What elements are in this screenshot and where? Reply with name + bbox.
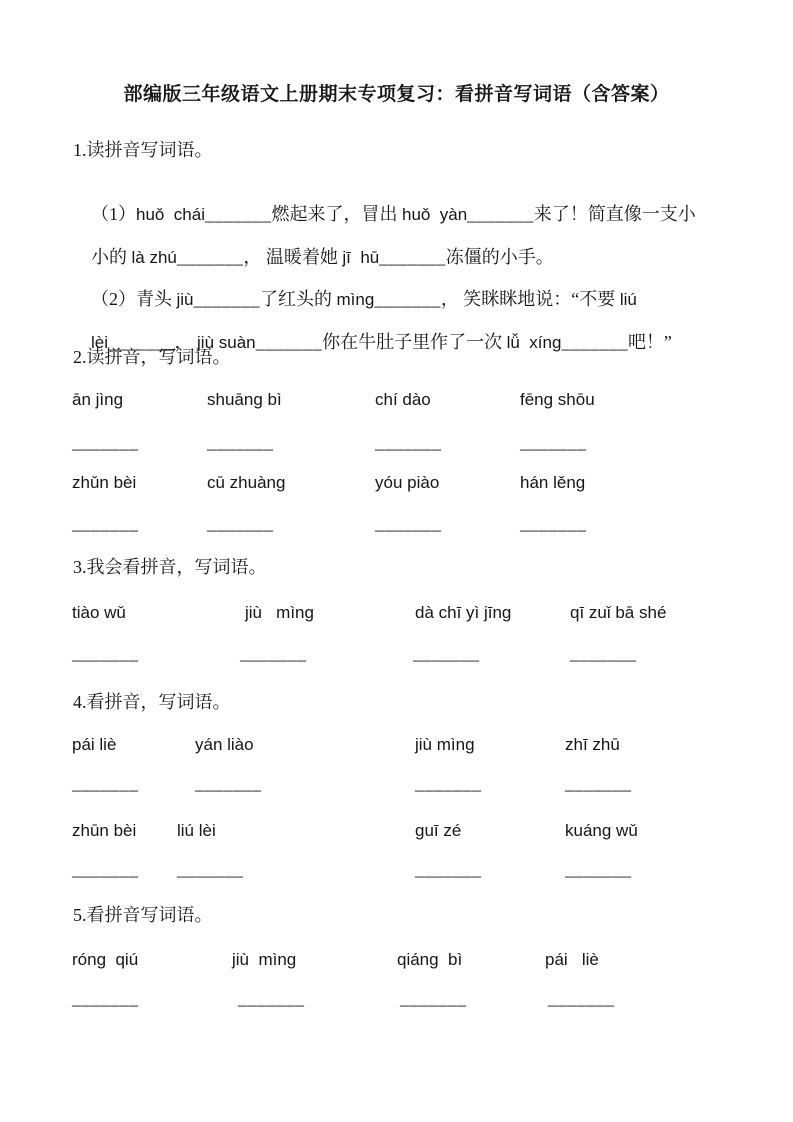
answer-blank: _______ [379, 247, 446, 267]
answer-blank: _______ [565, 772, 632, 794]
answer-blank: _______ [467, 204, 534, 224]
blank-row: _______ _______ _______ _______ [0, 987, 793, 1011]
answer-blank: _______ [177, 858, 244, 880]
pinyin-word: fēng shōu [520, 389, 595, 411]
answer-blank: _______ [72, 772, 139, 794]
pinyin-word: jiù mìng [415, 734, 475, 756]
pinyin-word: yóu piào [375, 472, 439, 494]
pinyin-word: jiù mìng [232, 949, 296, 971]
worksheet-title: 部编版三年级语文上册期末专项复习：看拼音写词语（含答案） [0, 84, 793, 106]
answer-blank: _______ [375, 431, 442, 453]
pinyin-row: ān jìng shuāng bì chí dào fēng shōu [0, 389, 793, 413]
pinyin-text: là zhú [132, 248, 177, 267]
chinese-text: ， 温暖着她 [243, 247, 342, 267]
chinese-text: 小的 [91, 247, 132, 267]
answer-blank: _______ [565, 858, 632, 880]
answer-blank: _______ [194, 289, 261, 309]
pinyin-word: qiáng bì [397, 949, 462, 971]
answer-blank: _______ [256, 332, 323, 352]
pinyin-word: pái liè [72, 734, 116, 756]
worksheet-page: 部编版三年级语文上册期末专项复习：看拼音写词语（含答案） 1.读拼音写词语。 （… [0, 0, 793, 1122]
blank-row: _______ _______ _______ _______ [0, 642, 793, 666]
pinyin-word: jiù mìng [245, 602, 314, 624]
answer-blank: _______ [548, 987, 615, 1009]
pinyin-row: róng qiú jiù mìng qiáng bì pái liè [0, 949, 793, 973]
pinyin-text: huǒ chái [136, 205, 205, 224]
pinyin-row: pái liè yán liào jiù mìng zhī zhū [0, 734, 793, 758]
blank-row: _______ _______ _______ _______ [0, 431, 793, 455]
answer-blank: _______ [520, 431, 587, 453]
pinyin-word: yán liào [195, 734, 254, 756]
pinyin-word: guī zé [415, 820, 461, 842]
chinese-text: （2）青头 [91, 289, 177, 309]
answer-blank: _______ [72, 858, 139, 880]
pinyin-row: zhǔn bèi cū zhuàng yóu piào hán lěng [0, 472, 793, 496]
answer-blank: _______ [520, 512, 587, 534]
chinese-text: ， 笑眯眯地说：“不要 [441, 289, 620, 309]
pinyin-word: tiào wǔ [72, 602, 126, 624]
question-3-heading: 3.我会看拼音，写词语。 [73, 556, 267, 578]
answer-blank: _______ [415, 858, 482, 880]
pinyin-row: tiào wǔ jiù mìng dà chī yì jīng qī zuǐ b… [0, 602, 793, 626]
pinyin-word: ān jìng [72, 389, 123, 411]
chinese-text: （1） [91, 204, 136, 224]
pinyin-text: jī hū [342, 248, 379, 267]
pinyin-row: zhūn bèi liú lèi guī zé kuáng wǔ [0, 820, 793, 844]
answer-blank: _______ [375, 512, 442, 534]
question-2-heading: 2.读拼音，写词语。 [73, 346, 231, 368]
answer-blank: _______ [415, 772, 482, 794]
answer-blank: _______ [561, 332, 628, 352]
pinyin-word: kuáng wǔ [565, 820, 638, 842]
question-1-heading: 1.读拼音写词语。 [73, 139, 213, 161]
pinyin-word: zhǔn bèi [72, 472, 136, 494]
chinese-text: 冻僵的小手。 [446, 247, 554, 267]
answer-blank: _______ [400, 987, 467, 1009]
pinyin-word: zhūn bèi [72, 820, 136, 842]
chinese-text: 你在牛肚子里作了一次 [322, 332, 507, 352]
pinyin-text: mìng [337, 290, 375, 309]
pinyin-text: lǚ xíng [507, 333, 562, 352]
pinyin-word: zhī zhū [565, 734, 620, 756]
pinyin-word: cū zhuàng [207, 472, 285, 494]
answer-blank: _______ [207, 431, 274, 453]
blank-row: _______ _______ _______ _______ [0, 772, 793, 796]
answer-blank: _______ [238, 987, 305, 1009]
pinyin-word: qī zuǐ bā shé [570, 602, 666, 624]
question-5-heading: 5.看拼音写词语。 [73, 904, 213, 926]
answer-blank: _______ [205, 204, 272, 224]
answer-blank: _______ [177, 247, 244, 267]
answer-blank: _______ [413, 642, 480, 664]
answer-blank: _______ [195, 772, 262, 794]
chinese-text: 来了！简直像一支小 [534, 204, 696, 224]
chinese-text: 了红头的 [260, 289, 337, 309]
answer-blank: _______ [72, 512, 139, 534]
pinyin-word: hán lěng [520, 472, 585, 494]
blank-row: _______ _______ _______ _______ [0, 858, 793, 882]
pinyin-word: pái liè [545, 949, 599, 971]
pinyin-word: róng qiú [72, 949, 138, 971]
answer-blank: _______ [72, 431, 139, 453]
blank-row: _______ _______ _______ _______ [0, 512, 793, 536]
pinyin-text: liú [620, 290, 637, 309]
pinyin-word: shuāng bì [207, 389, 282, 411]
pinyin-word: chí dào [375, 389, 431, 411]
pinyin-word: dà chī yì jīng [415, 602, 511, 624]
answer-blank: _______ [570, 642, 637, 664]
answer-blank: _______ [72, 642, 139, 664]
answer-blank: _______ [72, 987, 139, 1009]
answer-blank: _______ [240, 642, 307, 664]
question-4-heading: 4.看拼音，写词语。 [73, 691, 231, 713]
chinese-text: 燃起来了，冒出 [272, 204, 403, 224]
answer-blank: _______ [374, 289, 441, 309]
pinyin-text: huǒ yàn [402, 205, 467, 224]
chinese-text: 吧！” [628, 332, 672, 352]
answer-blank: _______ [207, 512, 274, 534]
pinyin-word: liú lèi [177, 820, 216, 842]
pinyin-text: jiù [177, 290, 194, 309]
